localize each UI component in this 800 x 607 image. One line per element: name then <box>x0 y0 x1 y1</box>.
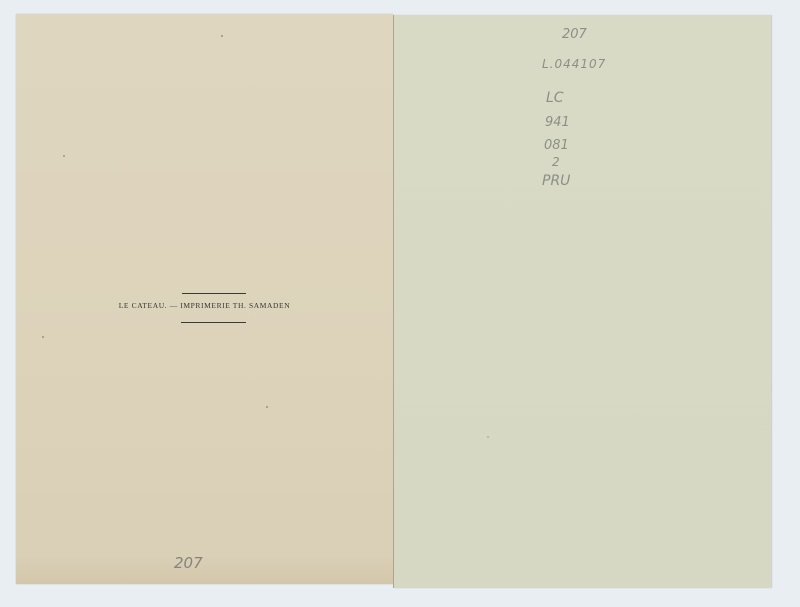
bottom-rule <box>181 322 246 323</box>
handwritten-note-3: LC <box>546 90 564 106</box>
paper-speck <box>42 336 44 338</box>
handwritten-note-5: 081 <box>544 138 569 153</box>
handwritten-note-6: 2 <box>552 155 560 169</box>
left-page: LE CATEAU. — IMPRIMERIE TH. SAMADEN 207 <box>16 14 393 584</box>
handwritten-note-7: PRU <box>542 173 570 189</box>
handwritten-note-1: 207 <box>562 27 587 42</box>
right-page: 207 L.044107 LC 941 081 2 PRU <box>393 15 771 588</box>
bottom-page-number: 207 <box>174 554 203 572</box>
handwritten-note-4: 941 <box>545 115 570 130</box>
imprint-text: LE CATEAU. — IMPRIMERIE TH. SAMADEN <box>119 301 291 310</box>
imprint-line: LE CATEAU. — IMPRIMERIE TH. SAMADEN <box>16 295 393 313</box>
paper-speck <box>266 406 268 408</box>
paper-speck <box>221 35 223 37</box>
top-rule <box>182 293 246 294</box>
handwritten-note-2: L.044107 <box>542 57 606 71</box>
paper-speck <box>63 155 65 157</box>
paper-speck <box>487 436 489 438</box>
